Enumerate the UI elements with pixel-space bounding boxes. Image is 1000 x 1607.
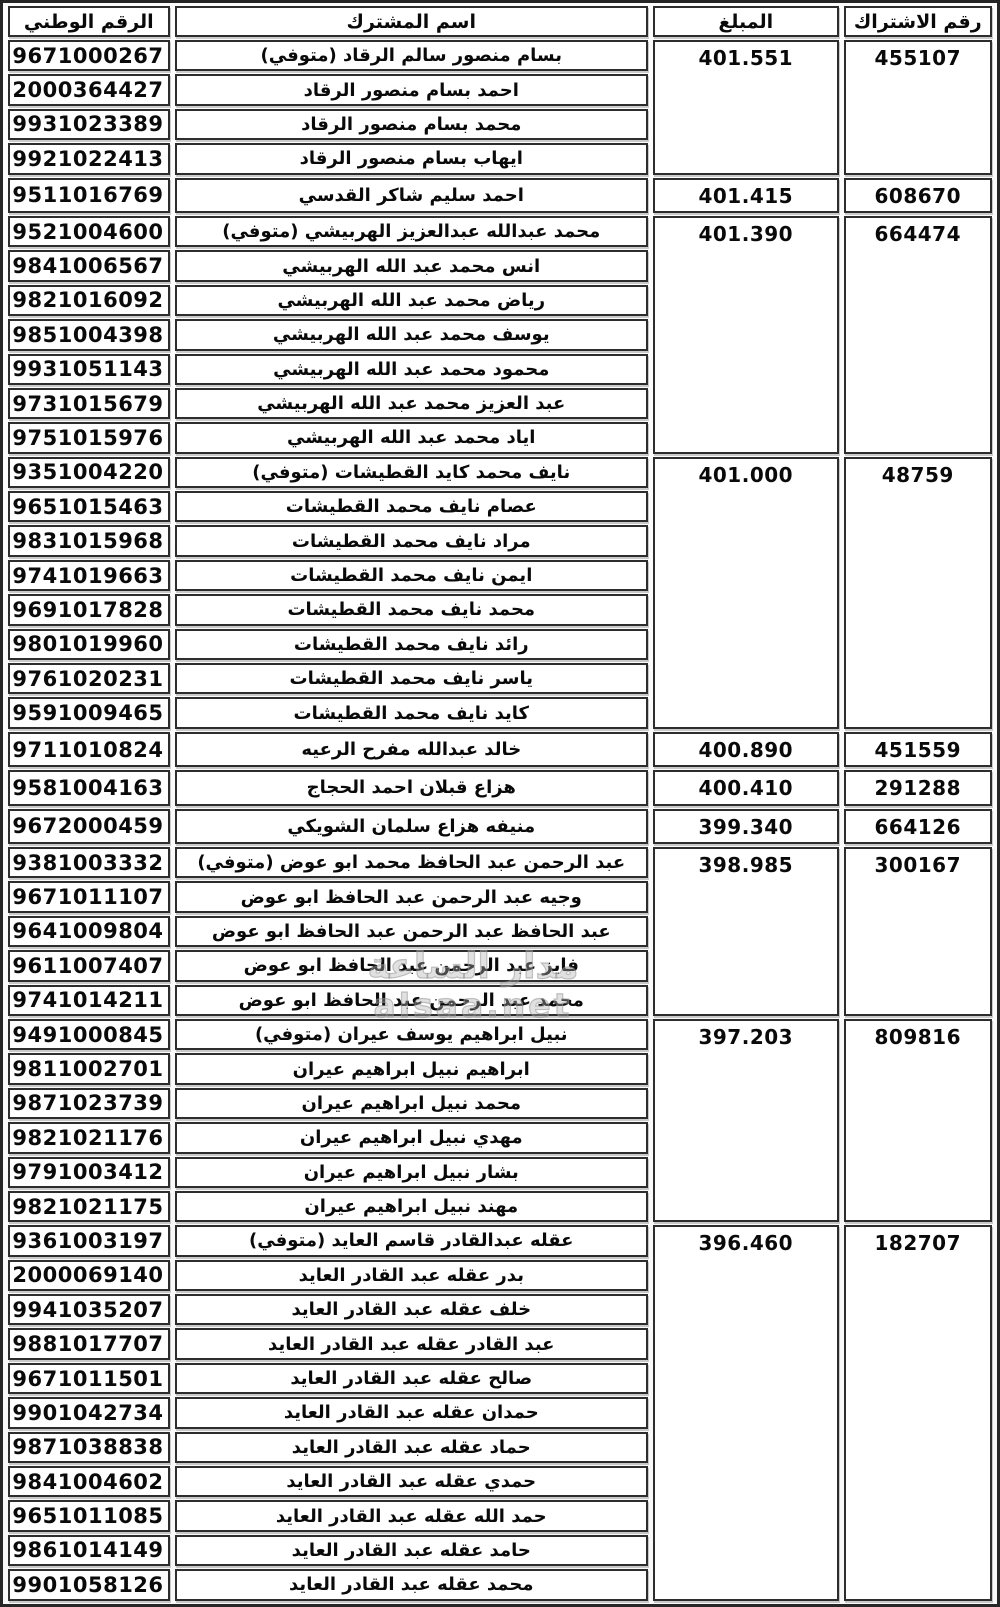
subscription-no-cell: 451559 — [844, 732, 992, 767]
subscription-no-cell: 182707 — [844, 1225, 992, 1600]
amount-cell: 401.000 — [653, 457, 839, 729]
amount-cell: 396.460 — [653, 1225, 839, 1600]
subscriber-name-cell: محمد نبيل ابراهيم عيران — [175, 1088, 648, 1119]
amount-cell: 398.985 — [653, 847, 839, 1016]
subscriber-name-cell: محمد عبدالله عبدالعزيز الهربيشي (متوفي) — [175, 216, 648, 247]
subscription-no-cell: 809816 — [844, 1019, 992, 1222]
amount-cell: 401.415 — [653, 178, 839, 213]
subscriber-name-cell: محمد عبد الرحمن عبد الحافظ ابو عوض — [175, 985, 648, 1016]
subscriber-name-cell: خالد عبدالله مفرح الرعيه — [175, 732, 648, 767]
header-row: رقم الاشتراك المبلغ اسم المشترك الرقم ال… — [8, 6, 992, 37]
national-id-cell: 9761020231 — [8, 663, 170, 694]
national-id-cell: 9931051143 — [8, 354, 170, 385]
table-row: 809816397.203نبيل ابراهيم يوسف عيران (مت… — [8, 1019, 992, 1050]
national-id-cell: 9672000459 — [8, 809, 170, 844]
national-id-cell: 9831015968 — [8, 525, 170, 556]
national-id-cell: 9591009465 — [8, 697, 170, 728]
subscriber-name-cell: رائد نايف محمد القطيشات — [175, 629, 648, 660]
subscriber-name-cell: حمد الله عقله عبد القادر العايد — [175, 1500, 648, 1531]
subscriber-name-cell: محمد عقله عبد القادر العايد — [175, 1569, 648, 1600]
national-id-cell: 9491000845 — [8, 1019, 170, 1050]
national-id-cell: 9731015679 — [8, 388, 170, 419]
subscriber-name-cell: عبد القادر عقله عبد القادر العايد — [175, 1328, 648, 1359]
national-id-cell: 9841004602 — [8, 1466, 170, 1497]
national-id-cell: 9381003332 — [8, 847, 170, 878]
national-id-cell: 2000069140 — [8, 1260, 170, 1291]
col-header-amount: المبلغ — [653, 6, 839, 37]
subscriber-name-cell: عصام نايف محمد القطيشات — [175, 491, 648, 522]
subscription-no-cell: 300167 — [844, 847, 992, 1016]
national-id-cell: 9901042734 — [8, 1397, 170, 1428]
col-header-national-no: الرقم الوطني — [8, 6, 170, 37]
col-header-subscription-no: رقم الاشتراك — [844, 6, 992, 37]
subscriber-name-cell: صالح عقله عبد القادر العايد — [175, 1363, 648, 1394]
subscriber-name-cell: عبد الحافظ عبد الرحمن عبد الحافظ ابو عوض — [175, 916, 648, 947]
national-id-cell: 9611007407 — [8, 950, 170, 981]
table-row: 664126399.340منيفه هزاع سلمان الشويكي967… — [8, 809, 992, 844]
subscriber-name-cell: بدر عقله عبد القادر العايد — [175, 1260, 648, 1291]
national-id-cell: 9641009804 — [8, 916, 170, 947]
subscriber-name-cell: محمد نايف محمد القطيشات — [175, 594, 648, 625]
national-id-cell: 9671000267 — [8, 40, 170, 71]
national-id-cell: 9801019960 — [8, 629, 170, 660]
scanned-document-page: رقم الاشتراك المبلغ اسم المشترك الرقم ال… — [0, 0, 1000, 1607]
national-id-cell: 9521004600 — [8, 216, 170, 247]
subscriber-name-cell: حامد عقله عبد القادر العايد — [175, 1535, 648, 1566]
subscriber-name-cell: مهدي نبيل ابراهيم عيران — [175, 1122, 648, 1153]
col-header-subscriber-name: اسم المشترك — [175, 6, 648, 37]
subscriber-name-cell: محمود محمد عبد الله الهربيشي — [175, 354, 648, 385]
amount-cell: 400.890 — [653, 732, 839, 767]
amount-cell: 400.410 — [653, 770, 839, 805]
table-row: 48759401.000نايف محمد كايد القطيشات (متو… — [8, 457, 992, 488]
national-id-cell: 9811002701 — [8, 1053, 170, 1084]
subscriber-name-cell: نايف محمد كايد القطيشات (متوفي) — [175, 457, 648, 488]
subscriber-name-cell: بشار نبيل ابراهيم عيران — [175, 1157, 648, 1188]
national-id-cell: 2000364427 — [8, 74, 170, 105]
national-id-cell: 9691017828 — [8, 594, 170, 625]
table-row: 664474401.390محمد عبدالله عبدالعزيز الهر… — [8, 216, 992, 247]
national-id-cell: 9871023739 — [8, 1088, 170, 1119]
table-row: 291288400.410هزاع قبلان احمد الحجاج95810… — [8, 770, 992, 805]
subscriber-name-cell: حمدي عقله عبد القادر العايد — [175, 1466, 648, 1497]
subscriber-name-cell: مراد نايف محمد القطيشات — [175, 525, 648, 556]
national-id-cell: 9821021175 — [8, 1191, 170, 1222]
national-id-cell: 9851004398 — [8, 319, 170, 350]
subscriber-name-cell: وجيه عبد الرحمن عبد الحافظ ابو عوض — [175, 881, 648, 912]
national-id-cell: 9861014149 — [8, 1535, 170, 1566]
subscriber-name-cell: فايز عبد الرحمن عبد الحافظ ابو عوض — [175, 950, 648, 981]
table-row: 455107401.551بسام منصور سالم الرقاد (متو… — [8, 40, 992, 71]
table-row: 608670401.415احمد سليم شاكر القدسي951101… — [8, 178, 992, 213]
subscriber-name-cell: رياض محمد عبد الله الهربيشي — [175, 285, 648, 316]
amount-cell: 397.203 — [653, 1019, 839, 1222]
table-body: 455107401.551بسام منصور سالم الرقاد (متو… — [8, 40, 992, 1601]
national-id-cell: 9871038838 — [8, 1432, 170, 1463]
national-id-cell: 9651015463 — [8, 491, 170, 522]
table-row: 300167398.985عبد الرحمن عبد الحافظ محمد … — [8, 847, 992, 878]
subscriber-name-cell: مهند نبيل ابراهيم عيران — [175, 1191, 648, 1222]
subscription-no-cell: 664474 — [844, 216, 992, 454]
subscribers-table: رقم الاشتراك المبلغ اسم المشترك الرقم ال… — [0, 0, 1000, 1607]
subscriber-name-cell: ايهاب بسام منصور الرقاد — [175, 143, 648, 174]
subscriber-name-cell: منيفه هزاع سلمان الشويكي — [175, 809, 648, 844]
subscriber-name-cell: اياد محمد عبد الله الهربيشي — [175, 422, 648, 453]
national-id-cell: 9581004163 — [8, 770, 170, 805]
subscription-no-cell: 48759 — [844, 457, 992, 729]
subscriber-name-cell: نبيل ابراهيم يوسف عيران (متوفي) — [175, 1019, 648, 1050]
subscription-no-cell: 664126 — [844, 809, 992, 844]
national-id-cell: 9821021176 — [8, 1122, 170, 1153]
subscription-no-cell: 608670 — [844, 178, 992, 213]
subscriber-name-cell: بسام منصور سالم الرقاد (متوفي) — [175, 40, 648, 71]
national-id-cell: 9901058126 — [8, 1569, 170, 1600]
amount-cell: 401.551 — [653, 40, 839, 175]
national-id-cell: 9841006567 — [8, 250, 170, 281]
subscriber-name-cell: احمد سليم شاكر القدسي — [175, 178, 648, 213]
subscriber-name-cell: احمد بسام منصور الرقاد — [175, 74, 648, 105]
national-id-cell: 9741019663 — [8, 560, 170, 591]
table-row: 451559400.890خالد عبدالله مفرح الرعيه971… — [8, 732, 992, 767]
national-id-cell: 9351004220 — [8, 457, 170, 488]
national-id-cell: 9741014211 — [8, 985, 170, 1016]
national-id-cell: 9671011107 — [8, 881, 170, 912]
national-id-cell: 9361003197 — [8, 1225, 170, 1256]
subscriber-name-cell: عبد الرحمن عبد الحافظ محمد ابو عوض (متوف… — [175, 847, 648, 878]
subscriber-name-cell: ابراهيم نبيل ابراهيم عيران — [175, 1053, 648, 1084]
national-id-cell: 9711010824 — [8, 732, 170, 767]
subscriber-name-cell: انس محمد عبد الله الهربيشي — [175, 250, 648, 281]
table-row: 182707396.460عقله عبدالقادر قاسم العايد … — [8, 1225, 992, 1256]
national-id-cell: 9651011085 — [8, 1500, 170, 1531]
subscriber-name-cell: ايمن نايف محمد القطيشات — [175, 560, 648, 591]
subscriber-name-cell: حمدان عقله عبد القادر العايد — [175, 1397, 648, 1428]
national-id-cell: 9791003412 — [8, 1157, 170, 1188]
national-id-cell: 9931023389 — [8, 109, 170, 140]
subscriber-name-cell: خلف عقله عبد القادر العايد — [175, 1294, 648, 1325]
national-id-cell: 9511016769 — [8, 178, 170, 213]
amount-cell: 401.390 — [653, 216, 839, 454]
national-id-cell: 9751015976 — [8, 422, 170, 453]
amount-cell: 399.340 — [653, 809, 839, 844]
subscriber-name-cell: ياسر نايف محمد القطيشات — [175, 663, 648, 694]
subscriber-name-cell: محمد بسام منصور الرقاد — [175, 109, 648, 140]
subscriber-name-cell: هزاع قبلان احمد الحجاج — [175, 770, 648, 805]
subscriber-name-cell: عبد العزيز محمد عبد الله الهربيشي — [175, 388, 648, 419]
subscriber-name-cell: يوسف محمد عبد الله الهربيشي — [175, 319, 648, 350]
national-id-cell: 9941035207 — [8, 1294, 170, 1325]
national-id-cell: 9881017707 — [8, 1328, 170, 1359]
national-id-cell: 9671011501 — [8, 1363, 170, 1394]
subscription-no-cell: 291288 — [844, 770, 992, 805]
national-id-cell: 9921022413 — [8, 143, 170, 174]
subscriber-name-cell: حماد عقله عبد القادر العايد — [175, 1432, 648, 1463]
subscription-no-cell: 455107 — [844, 40, 992, 175]
subscriber-name-cell: كايد نايف محمد القطيشات — [175, 697, 648, 728]
national-id-cell: 9821016092 — [8, 285, 170, 316]
subscriber-name-cell: عقله عبدالقادر قاسم العايد (متوفي) — [175, 1225, 648, 1256]
